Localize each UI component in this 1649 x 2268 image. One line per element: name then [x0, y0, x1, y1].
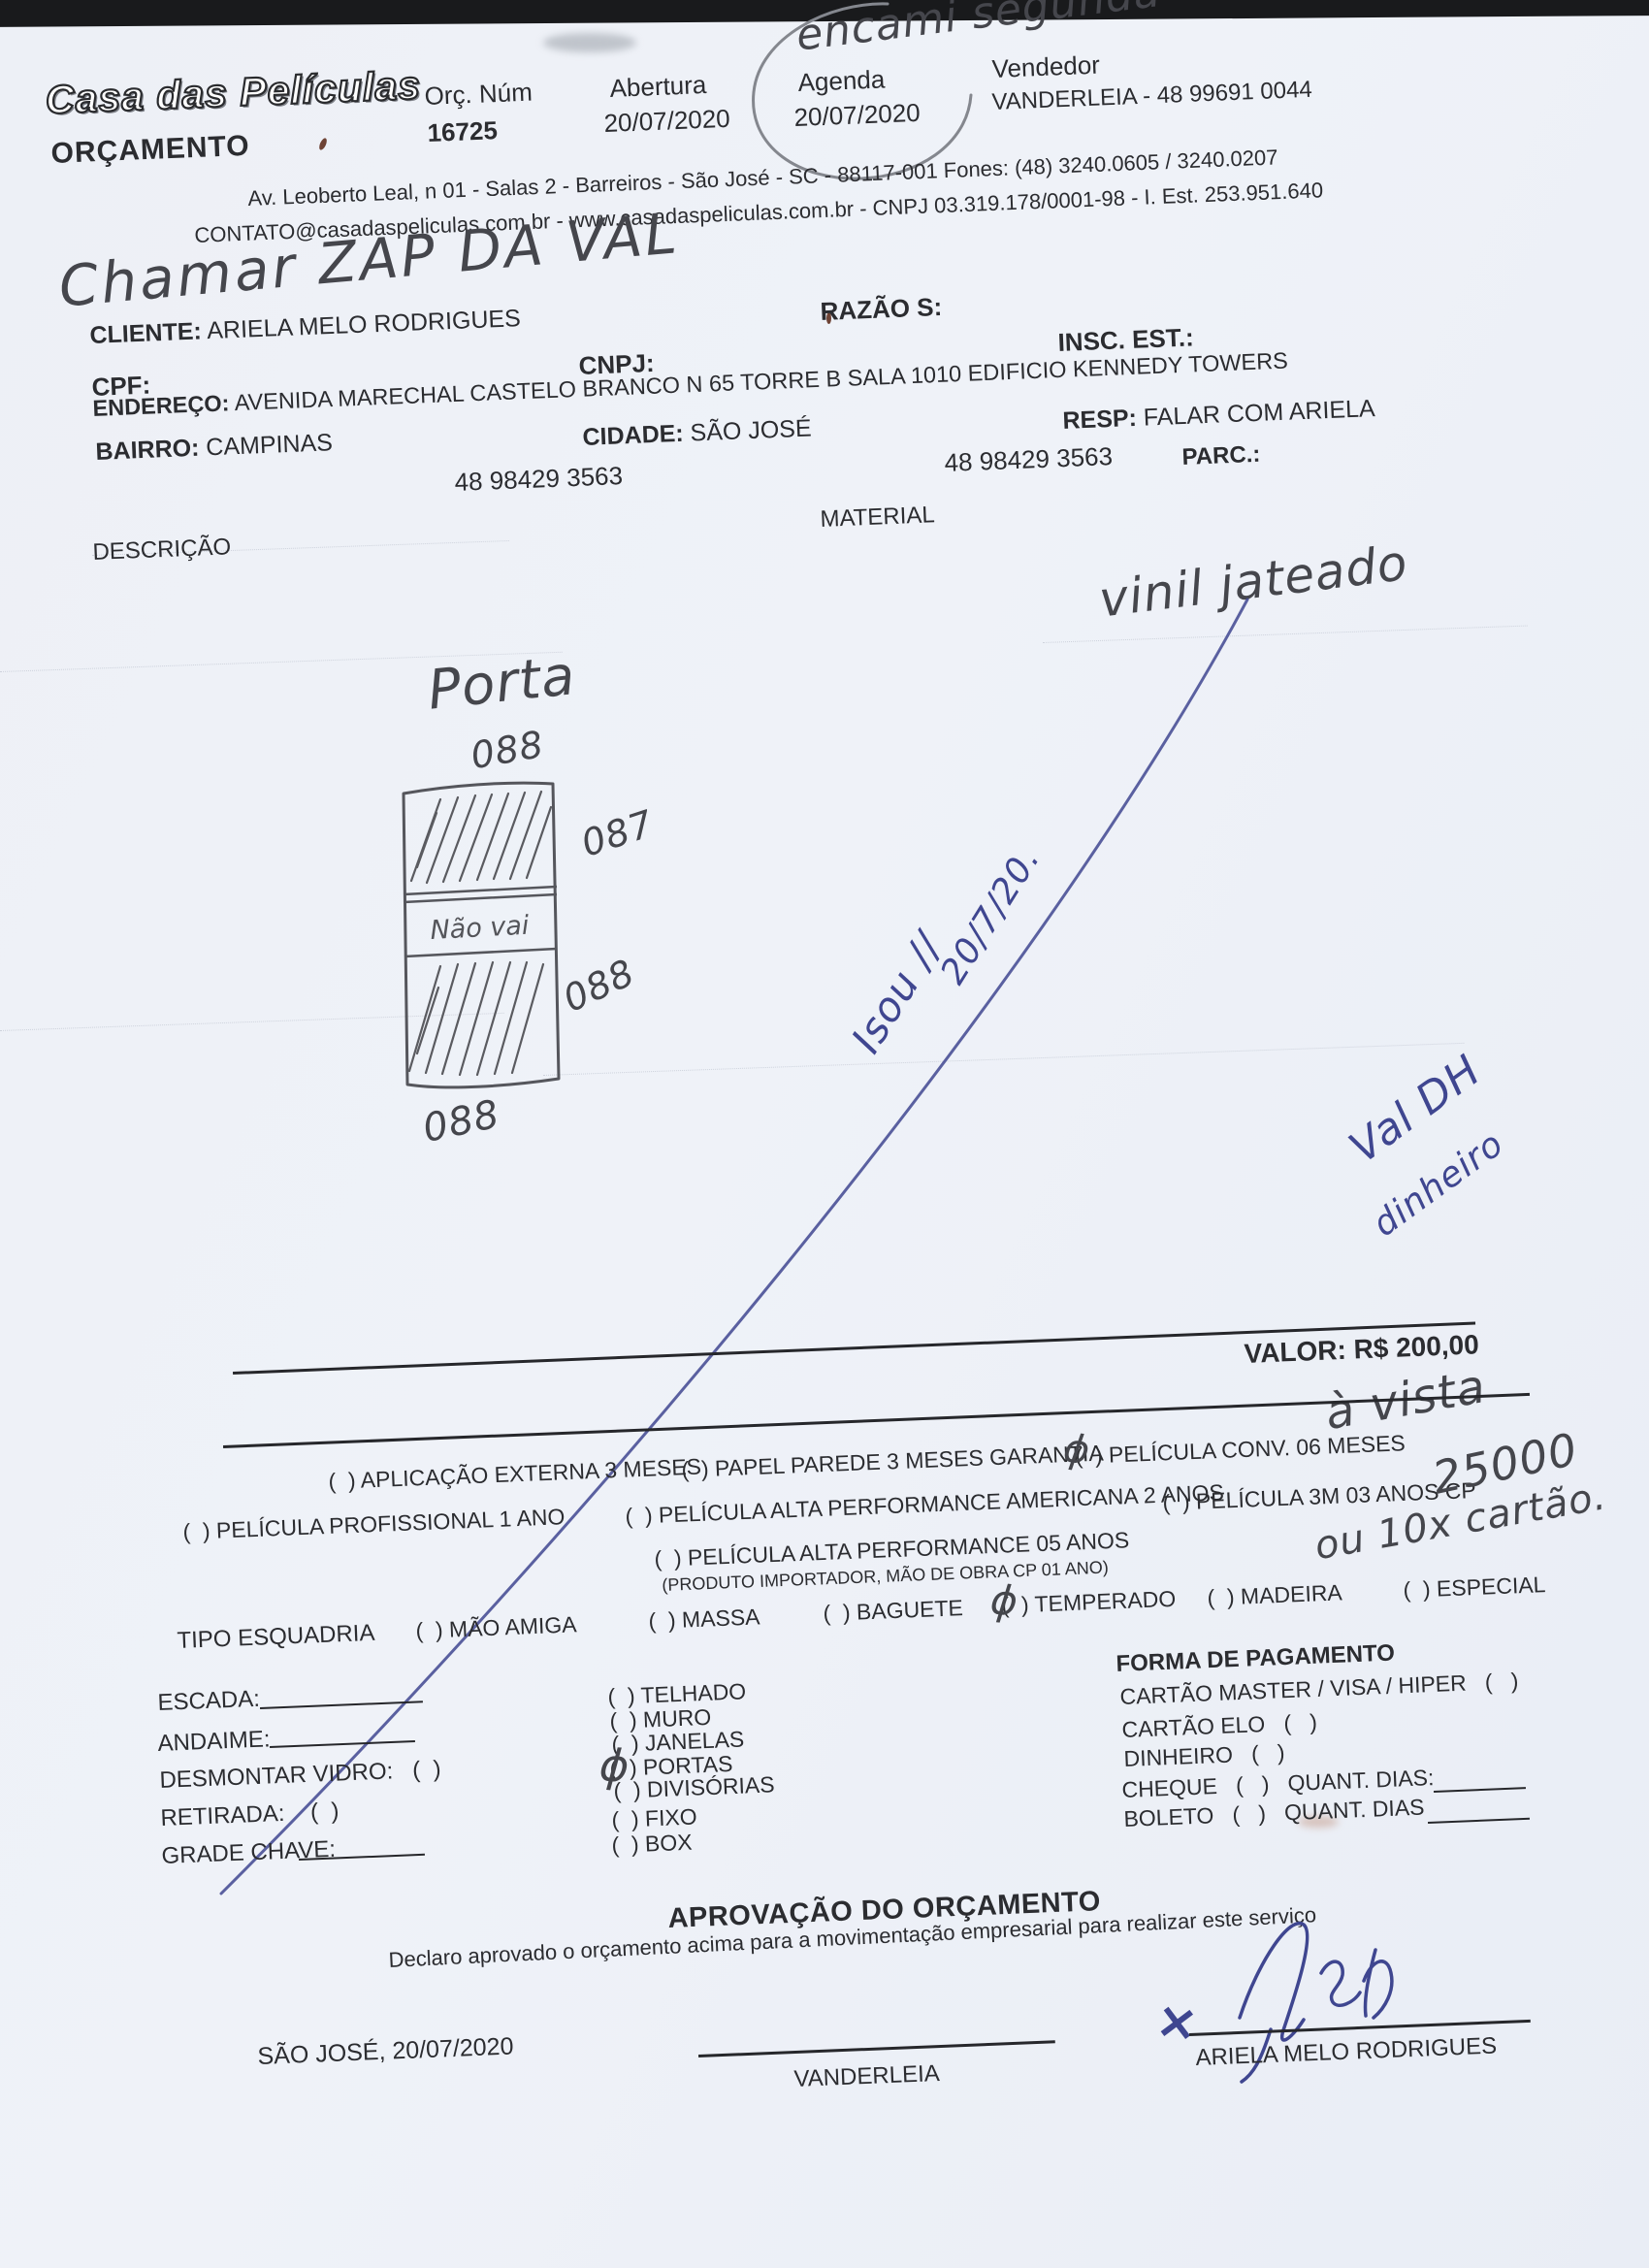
smudge-artifact [543, 33, 636, 52]
payment-dinheiro: DINHEIRO ( ) [1123, 1739, 1285, 1772]
dimension-top: 088 [468, 723, 547, 777]
resp-value: FALAR COM ARIELA [1143, 395, 1375, 432]
option-madeira: ( ) MADEIRA [1207, 1579, 1342, 1611]
hatching-bottom-panel [409, 962, 543, 1075]
valor-value: R$ 200,00 [1353, 1329, 1479, 1364]
razao-label: RAZÃO S: [820, 292, 943, 327]
orc-num-value: 16725 [427, 115, 498, 148]
handwritten-diagonal-word: Isou // [842, 924, 952, 1061]
phone-center: 48 98429 3563 [454, 461, 624, 498]
doc-type-title: ORÇAMENTO [50, 130, 250, 171]
option-papel-parede: ( ) PAPEL PAREDE 3 MESES GARANTIA [681, 1441, 1104, 1483]
bairro-label: BAIRRO: [95, 435, 200, 466]
phone-right: 48 98429 3563 [944, 441, 1114, 478]
andaime-line [270, 1740, 415, 1748]
option-especial: ( ) ESPECIAL [1403, 1571, 1546, 1604]
surface-box: ( ) BOX [611, 1830, 693, 1859]
cheque-dias-line [1434, 1787, 1526, 1793]
client-signature [1212, 1903, 1436, 2058]
cliente-label: CLIENTE: [89, 317, 202, 349]
handwritten-vinil-jateado: vinil jateado [1096, 535, 1410, 629]
vendedor-label: Vendedor [991, 50, 1100, 84]
scanned-budget-form: Casa das Películas ORÇAMENTO Orç. Núm 16… [0, 0, 1649, 2268]
payment-cartao-elo: CARTÃO ELO ( ) [1121, 1709, 1317, 1743]
option-temperado: ( ) TEMPERADO [1001, 1586, 1177, 1619]
dimension-right-top: 087 [576, 802, 659, 865]
option-pelicula-conv: ( ) PELÍCULA CONV. 06 MESES [1075, 1430, 1406, 1470]
resp-row: RESP: FALAR COM ARIELA [1062, 395, 1375, 436]
check-mark-temperado: ϕ [988, 1575, 1021, 1626]
hatching-top-panel [411, 792, 551, 883]
agenda-label: Agenda [797, 64, 886, 98]
handwritten-nao-vai: Não vai [430, 911, 531, 946]
bairro-value: CAMPINAS [206, 429, 334, 461]
dimension-bottom: 088 [419, 1092, 503, 1151]
valor-row: VALOR: R$ 200,00 [1244, 1329, 1479, 1370]
material-label: MATERIAL [820, 502, 935, 534]
valor-label: VALOR: [1244, 1335, 1346, 1369]
boleto-dias-line [1428, 1818, 1530, 1824]
approval-city-date: SÃO JOSÉ, 20/07/2020 [257, 2032, 514, 2071]
option-baguete: ( ) BAGUETE [823, 1595, 963, 1627]
andaime-label: ANDAIME: [157, 1726, 271, 1758]
cidade-row: CIDADE: SÃO JOSÉ [582, 415, 812, 452]
option-profissional: ( ) PELÍCULA PROFISSIONAL 1 ANO [182, 1504, 566, 1545]
option-massa: ( ) MASSA [648, 1604, 760, 1635]
desmontar-vidro-label: DESMONTAR VIDRO: ( ) [159, 1756, 441, 1795]
scan-line [1043, 626, 1528, 643]
escada-line [260, 1701, 423, 1709]
cidade-value: SÃO JOSÉ [690, 415, 812, 447]
grade-chave-label: GRADE CHAVE: [161, 1836, 337, 1870]
agenda-date: 20/07/2020 [793, 98, 921, 133]
ink-speck [318, 137, 329, 150]
cliente-value: ARIELA MELO RODRIGUES [207, 305, 522, 344]
door-sketch: Não vai [390, 772, 579, 1097]
company-logo: Casa das Películas [45, 62, 422, 123]
escada-label: ESCADA: [157, 1686, 260, 1717]
option-alta-performance-americana: ( ) PELÍCULA ALTA PERFORMANCE AMERICANA … [625, 1479, 1224, 1530]
bairro-row: BAIRRO: CAMPINAS [95, 429, 333, 467]
payment-title: FORMA DE PAGAMENTO [1115, 1639, 1395, 1678]
cidade-label: CIDADE: [582, 420, 684, 451]
endereco-label: ENDEREÇO: [92, 390, 230, 421]
scan-line [543, 1043, 1464, 1076]
tipo-esquadria-label: TIPO ESQUADRIA [177, 1620, 375, 1655]
descricao-label: DESCRIÇÃO [92, 534, 232, 567]
parc-label: PARC.: [1181, 441, 1261, 471]
handwritten-diagonal-date: 20/7/20. [933, 840, 1049, 991]
seller-signature-line [698, 2040, 1055, 2057]
seller-name: VANDERLEIA [793, 2060, 940, 2093]
surface-divisorias: ( ) DIVISÓRIAS [613, 1771, 775, 1804]
abertura-date: 20/07/2020 [603, 104, 730, 139]
orc-num-label: Orç. Núm [424, 78, 533, 112]
retirada-label: RETIRADA: ( ) [160, 1798, 339, 1832]
abertura-label: Abertura [609, 70, 707, 104]
resp-label: RESP: [1062, 405, 1137, 435]
option-mao-amiga: ( ) MÃO AMIGA [415, 1611, 577, 1644]
option-aplicacao-externa: ( ) APLICAÇÃO EXTERNA 3 MESES [328, 1454, 702, 1495]
